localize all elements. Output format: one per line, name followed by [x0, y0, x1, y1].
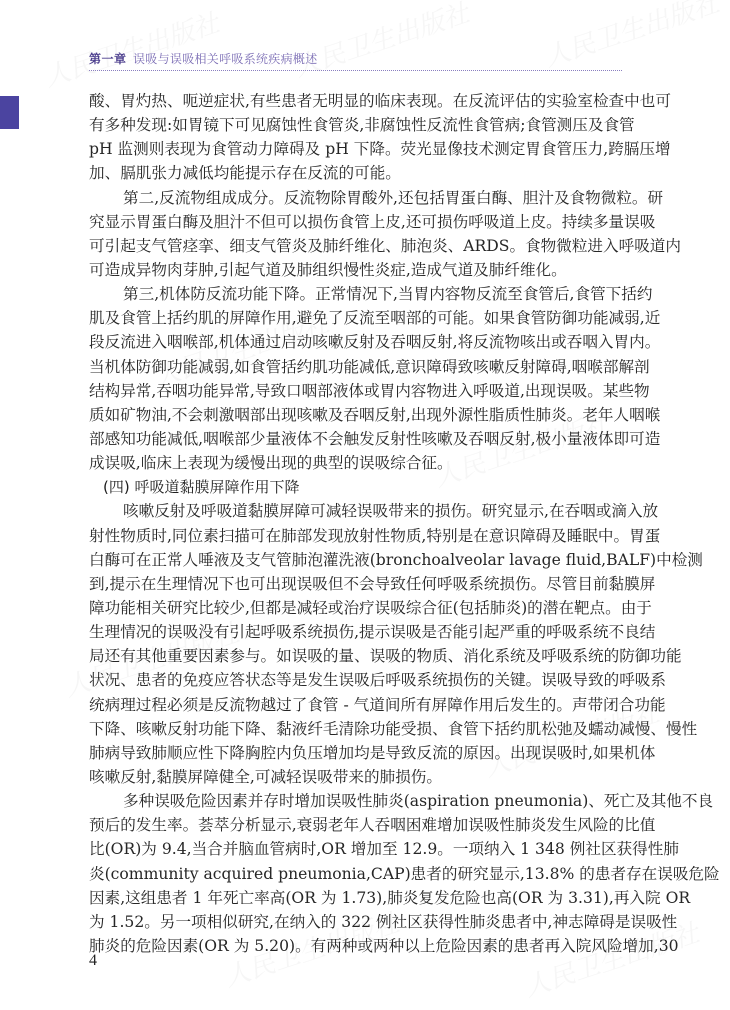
text-line: 当机体防御功能减弱,如食管括约肌功能减低,意识障碍致咳嗽反射障碍,咽喉部解剖 [89, 355, 622, 379]
watermark: 人民卫生出版社 [39, 3, 224, 94]
text-line: 加、膈肌张力减低均能提示存在反流的可能。 [89, 161, 622, 185]
text-line: 局还有其他重要因素参与。如误吸的量、误吸的物质、消化系统及呼吸系统的防御功能 [89, 644, 622, 668]
chapter-label: 第一章 [89, 50, 127, 67]
text-line: 为 1.52。另一项相似研究,在纳入的 322 例社区获得性肺炎患者中,神志障碍… [89, 910, 622, 934]
text-line: 状况、患者的免疫应答状态等是发生误吸后呼吸系统损伤的关键。误吸导致的呼吸系 [89, 668, 622, 692]
text-line: 结构异常,吞咽功能异常,导致口咽部液体或胃内容物进入呼吸道,出现误吸。某些物 [89, 379, 622, 403]
text-line: 可造成异物肉芽肿,引起气道及肺组织慢性炎症,造成气道及肺纤维化。 [89, 258, 622, 282]
chapter-title: 误吸与误吸相关呼吸系统疾病概述 [133, 50, 318, 67]
header-dotted-rule [89, 70, 622, 71]
text-line: 肺炎的危险因素(OR 为 5.20)。有两种或两种以上危险因素的患者再入院风险增… [89, 934, 622, 958]
text-line: 障功能相关研究比较少,但都是减轻或治疗误吸综合征(包括肺炎)的潜在靶点。由于 [89, 596, 622, 620]
text-line: 肌及食管上括约肌的屏障作用,避免了反流至咽部的可能。如果食管防御功能减弱,近 [89, 306, 622, 330]
text-line: 射性物质时,同位素扫描可在肺部发现放射性物质,特别是在意识障碍及睡眠中。胃蛋 [89, 524, 622, 548]
page-number: 4 [89, 952, 97, 970]
text-line: 可引起支气管痉挛、细支气管炎及肺纤维化、肺泡炎、ARDS。食物微粒进入呼吸道内 [89, 234, 622, 258]
text-line: 第二,反流物组成成分。反流物除胃酸外,还包括胃蛋白酶、胆汁及食物微粒。研 [89, 186, 622, 210]
text-line: 段反流进入咽喉部,机体通过启动咳嗽反射及吞咽反射,将反流物咳出或吞咽入胃内。 [89, 330, 622, 354]
text-line: 预后的发生率。荟萃分析显示,衰弱老年人吞咽困难增加误吸性肺炎发生风险的比值 [89, 813, 622, 837]
text-line: 到,提示在生理情况下也可出现误吸但不会导致任何呼吸系统损伤。尽管目前黏膜屏 [89, 572, 622, 596]
text-line: pH 监测则表现为食管动力障碍及 pH 下降。荧光显像技术测定胃食管压力,跨膈压… [89, 137, 622, 161]
text-line: 白酶可在正常人唾液及支气管肺泡灌洗液(bronchoalveolar lavag… [89, 548, 622, 572]
text-line: 咳嗽反射,黏膜屏障健全,可减轻误吸带来的肺损伤。 [89, 765, 622, 789]
text-line: 下降、咳嗽反射功能下降、黏液纤毛清除功能受损、食管下括约肌松弛及蠕动减慢、慢性 [89, 717, 622, 741]
section-heading: (四) 呼吸道黏膜屏障作用下降 [89, 475, 622, 499]
text-line: 炎(community acquired pneumonia,CAP)患者的研究… [89, 862, 622, 886]
text-line: 有多种发现:如胃镜下可见腐蚀性食管炎,非腐蚀性反流性食管病;食管测压及食管 [89, 113, 622, 137]
text-line: 生理情况的误吸没有引起呼吸系统损伤,提示误吸是否能引起严重的呼吸系统不良结 [89, 620, 622, 644]
text-line: 质如矿物油,不会刺激咽部出现咳嗽及吞咽反射,出现外源性脂质性肺炎。老年人咽喉 [89, 403, 622, 427]
text-line: 统病理过程必须是反流物越过了食管 - 气道间所有屏障作用后发生的。声带闭合功能 [89, 693, 622, 717]
text-line: 肺病导致肺顺应性下降胸腔内负压增加均是导致反流的原因。出现误吸时,如果机体 [89, 741, 622, 765]
text-line: 第三,机体防反流功能下降。正常情况下,当胃内容物反流至食管后,食管下括约 [89, 282, 622, 306]
text-line: 咳嗽反射及呼吸道黏膜屏障可减轻误吸带来的损伤。研究显示,在吞咽或滴入放 [89, 499, 622, 523]
text-line: 究显示胃蛋白酶及胆汁不但可以损伤食管上皮,还可损伤呼吸道上皮。持续多量误吸 [89, 210, 622, 234]
text-line: 成误吸,临床上表现为缓慢出现的典型的误吸综合征。 [89, 451, 622, 475]
text-line: 因素,这组患者 1 年死亡率高(OR 为 1.73),肺炎复发危险也高(OR 为… [89, 886, 622, 910]
text-line: 多种误吸危险因素并存时增加误吸性肺炎(aspiration pneumonia)… [89, 789, 622, 813]
body-text: 酸、胃灼热、呃逆症状,有些患者无明显的临床表现。在反流评估的实验室检查中也可有多… [89, 89, 622, 958]
text-line: 部感知功能减低,咽喉部少量液体不会触发反射性咳嗽及吞咽反射,极小量液体即可造 [89, 427, 622, 451]
text-line: 酸、胃灼热、呃逆症状,有些患者无明显的临床表现。在反流评估的实验室检查中也可 [89, 89, 622, 113]
text-line: 比(OR)为 9.4,当合并脑血管病时,OR 增加至 12.9。一项纳入 1 3… [89, 837, 622, 861]
running-header: 第一章 误吸与误吸相关呼吸系统疾病概述 [89, 50, 622, 74]
chapter-thumb-tab [0, 96, 19, 129]
